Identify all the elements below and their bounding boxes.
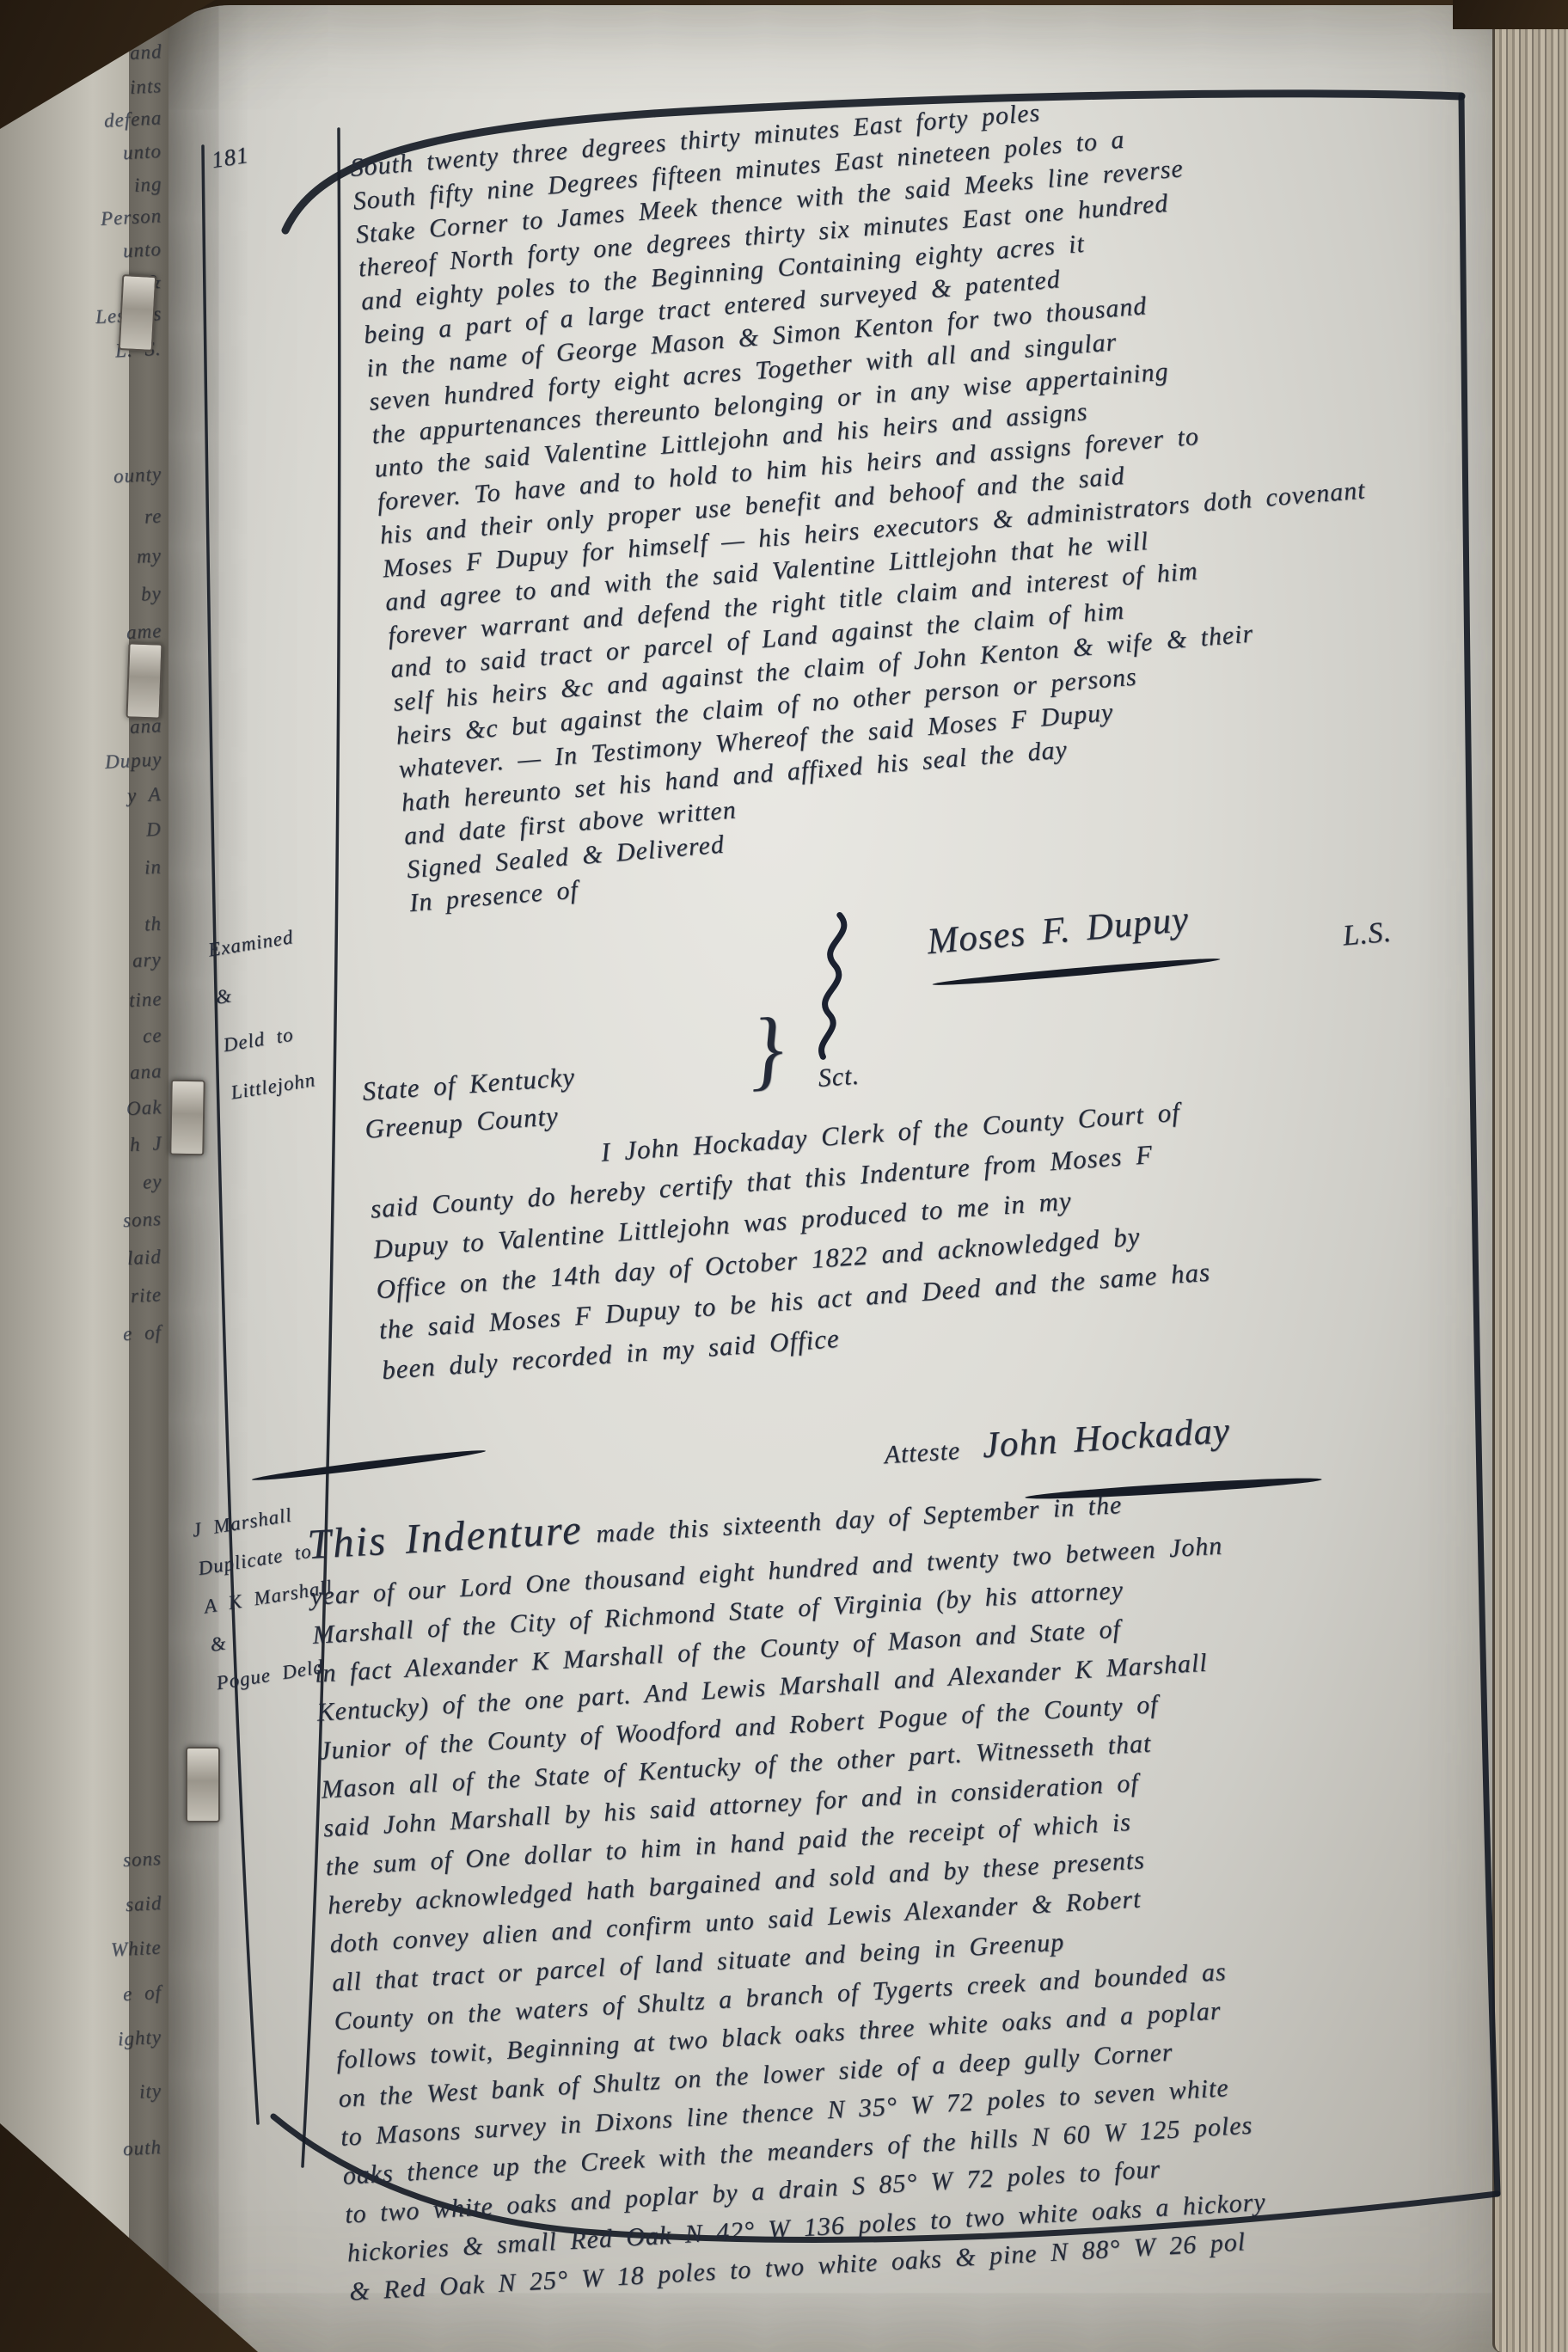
indenture-body: year of our Lord One thousand eight hund… — [309, 1512, 1518, 2312]
caption-brace: } — [748, 1029, 785, 1071]
attest-label: Atteste — [884, 1436, 961, 1469]
second-indenture-paragraph: This Indenture made this sixteenth day o… — [306, 1453, 1517, 2311]
binding-clasp — [186, 1747, 220, 1822]
binding-clasp — [119, 274, 157, 352]
deed-conclusion-paragraph: South twenty three degrees thirty minute… — [349, 61, 1534, 920]
binding-clasp — [126, 642, 162, 719]
seal-mark: L.S. — [1341, 916, 1393, 953]
binding-clasp — [169, 1080, 205, 1156]
scilicet-abbreviation: Sct. — [817, 1057, 861, 1098]
deed-book-photograph: andintsdefenauntoingPersonuntod &Lessees… — [0, 0, 1568, 2352]
